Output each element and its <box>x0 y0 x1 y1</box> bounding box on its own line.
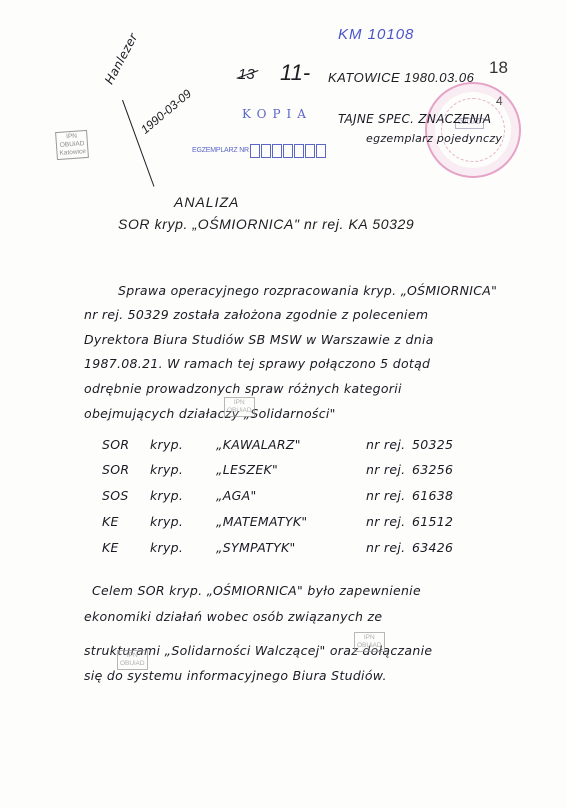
paragraph-line: Dyrektora Biura Studiów SB MSW w Warszaw… <box>84 332 434 347</box>
signature-date: 1990-03-09 <box>138 87 194 137</box>
copy-stamp-label: KOPIA <box>242 107 312 121</box>
paragraph-line: Sprawa operacyjnego rozpracowania kryp. … <box>118 283 497 298</box>
paragraph-line: Celem SOR kryp. „OŚMIORNICA" było zapewn… <box>92 583 421 598</box>
copy-note: egzemplarz pojedynczy <box>366 132 502 145</box>
archive-stamp: IPN OBUiAD Katowice <box>55 130 89 160</box>
archive-stamp-line: Katowice <box>59 148 86 158</box>
classification-line: TAJNE SPEC. ZNACZENIA <box>338 112 491 126</box>
case-reg-label: nr rej. <box>366 488 412 503</box>
document-number: 11- <box>280 60 310 86</box>
document-subject: SOR kryp. „OŚMIORNICA" nr rej. KA 50329 <box>118 216 414 232</box>
paragraph-line: 1987.08.21. W ramach tej sprawy połączon… <box>84 356 430 371</box>
related-case-row: SOSkryp.„AGA"nr rej.61638 <box>102 488 453 503</box>
case-reg-number: 63256 <box>412 462 453 477</box>
related-case-row: SORkryp.„LESZEK"nr rej.63256 <box>102 462 453 477</box>
archive-stamp-line: IPN <box>120 652 145 660</box>
case-codename: „AGA" <box>216 488 366 503</box>
struck-document-number: 13 <box>238 66 255 83</box>
copy-number-box <box>272 144 282 158</box>
paragraph-line: ekonomiki działań wobec osób związanych … <box>84 609 382 624</box>
case-codename: „SYMPATYK" <box>216 540 366 555</box>
archive-stamp-line: IPN <box>357 634 382 642</box>
page-number: 18 <box>489 58 508 78</box>
case-type: kryp. <box>150 540 216 555</box>
archive-stamp: IPN OBUiAD <box>117 650 148 670</box>
case-codename: „KAWALARZ" <box>216 437 366 452</box>
archive-stamp: IPN OBUiAD <box>354 632 385 652</box>
case-type: kryp. <box>150 462 216 477</box>
copy-number-box <box>250 144 260 158</box>
case-category: SOR <box>102 437 150 452</box>
paragraph-line: obejmujących działaczy „Solidarności" <box>84 406 336 421</box>
copy-number-box <box>294 144 304 158</box>
related-case-row: SORkryp.„KAWALARZ"nr rej.50325 <box>102 437 453 452</box>
archive-stamp-line: OBUiAD <box>227 407 252 415</box>
case-reg-label: nr rej. <box>366 437 412 452</box>
document-title: ANALIZA <box>174 194 239 210</box>
signature: Hanlezer <box>102 31 141 87</box>
archive-stamp: IPN OBUiAD <box>224 397 255 417</box>
case-reg-label: nr rej. <box>366 462 412 477</box>
case-reg-number: 61512 <box>412 514 453 529</box>
case-category: KE <box>102 514 150 529</box>
case-type: kryp. <box>150 514 216 529</box>
case-category: SOR <box>102 462 150 477</box>
case-category: SOS <box>102 488 150 503</box>
copy-number-box <box>305 144 315 158</box>
case-codename: „LESZEK" <box>216 462 366 477</box>
place-date: KATOWICE 1980.03.06 <box>328 70 474 85</box>
copy-number-boxes <box>250 144 326 158</box>
round-seal-stamp: OBUiAD <box>425 82 521 178</box>
case-type: kryp. <box>150 488 216 503</box>
seal-inner-ring <box>441 98 505 162</box>
case-reg-number: 50325 <box>412 437 453 452</box>
case-codename: „MATEMATYK" <box>216 514 366 529</box>
copy-number-label: EGZEMPLARZ NR <box>192 147 249 154</box>
copy-number-box <box>283 144 293 158</box>
archive-stamp-line: OBUiAD <box>120 660 145 668</box>
case-reg-number: 61638 <box>412 488 453 503</box>
related-case-row: KEkryp.„MATEMATYK"nr rej.61512 <box>102 514 453 529</box>
document-page: KM 10108 18 4 13 11- KATOWICE 1980.03.06… <box>0 0 567 808</box>
case-reg-label: nr rej. <box>366 540 412 555</box>
archive-number: KM 10108 <box>338 26 414 43</box>
copy-number-box <box>261 144 271 158</box>
paragraph-line: się do systemu informacyjnego Biura Stud… <box>84 668 387 683</box>
signature-stroke <box>122 100 155 187</box>
related-case-row: KEkryp.„SYMPATYK"nr rej.63426 <box>102 540 453 555</box>
case-type: kryp. <box>150 437 216 452</box>
copy-number-box <box>316 144 326 158</box>
case-reg-number: 63426 <box>412 540 453 555</box>
paragraph-line: odrębnie prowadzonych spraw różnych kate… <box>84 381 402 396</box>
case-reg-label: nr rej. <box>366 514 412 529</box>
case-category: KE <box>102 540 150 555</box>
archive-stamp-line: IPN <box>227 399 252 407</box>
paragraph-line: nr rej. 50329 została założona zgodnie z… <box>84 307 428 322</box>
archive-stamp-line: OBUiAD <box>357 642 382 650</box>
